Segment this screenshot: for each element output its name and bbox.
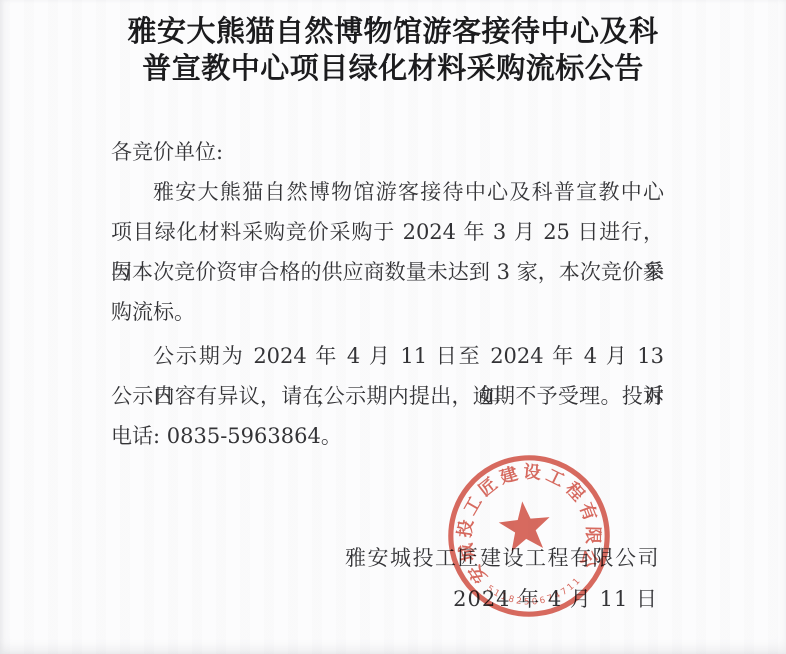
document-title: 雅安大熊猫自然博物馆游客接待中心及科 普宣教中心项目绿化材料采购流标公告: [0, 13, 786, 87]
paragraph1-line3: 与本次竞价资审合格的供应商数量未达到 3 家，本次竞价采: [111, 252, 664, 292]
paragraph2-line3: 电话: 0835-5963864。: [111, 416, 664, 456]
paragraph2-line2: 公示内容有异议，请在公示期内提出，逾期不予受理。投诉: [111, 376, 664, 416]
paragraph1-line4: 购流标。: [111, 292, 664, 332]
document-title-line2: 普宣教中心项目绿化材料采购流标公告: [0, 50, 786, 87]
salutation: 各竞价单位:: [111, 132, 664, 172]
signature-date: 2024 年 4 月 11 日: [453, 583, 658, 613]
signature-company-name: 雅安城投工匠建设工程有限公司: [345, 542, 660, 572]
document-title-line1: 雅安大熊猫自然博物馆游客接待中心及科: [0, 13, 786, 50]
paragraph1-line1: 雅安大熊猫自然博物馆游客接待中心及科普宣教中心: [111, 172, 664, 212]
